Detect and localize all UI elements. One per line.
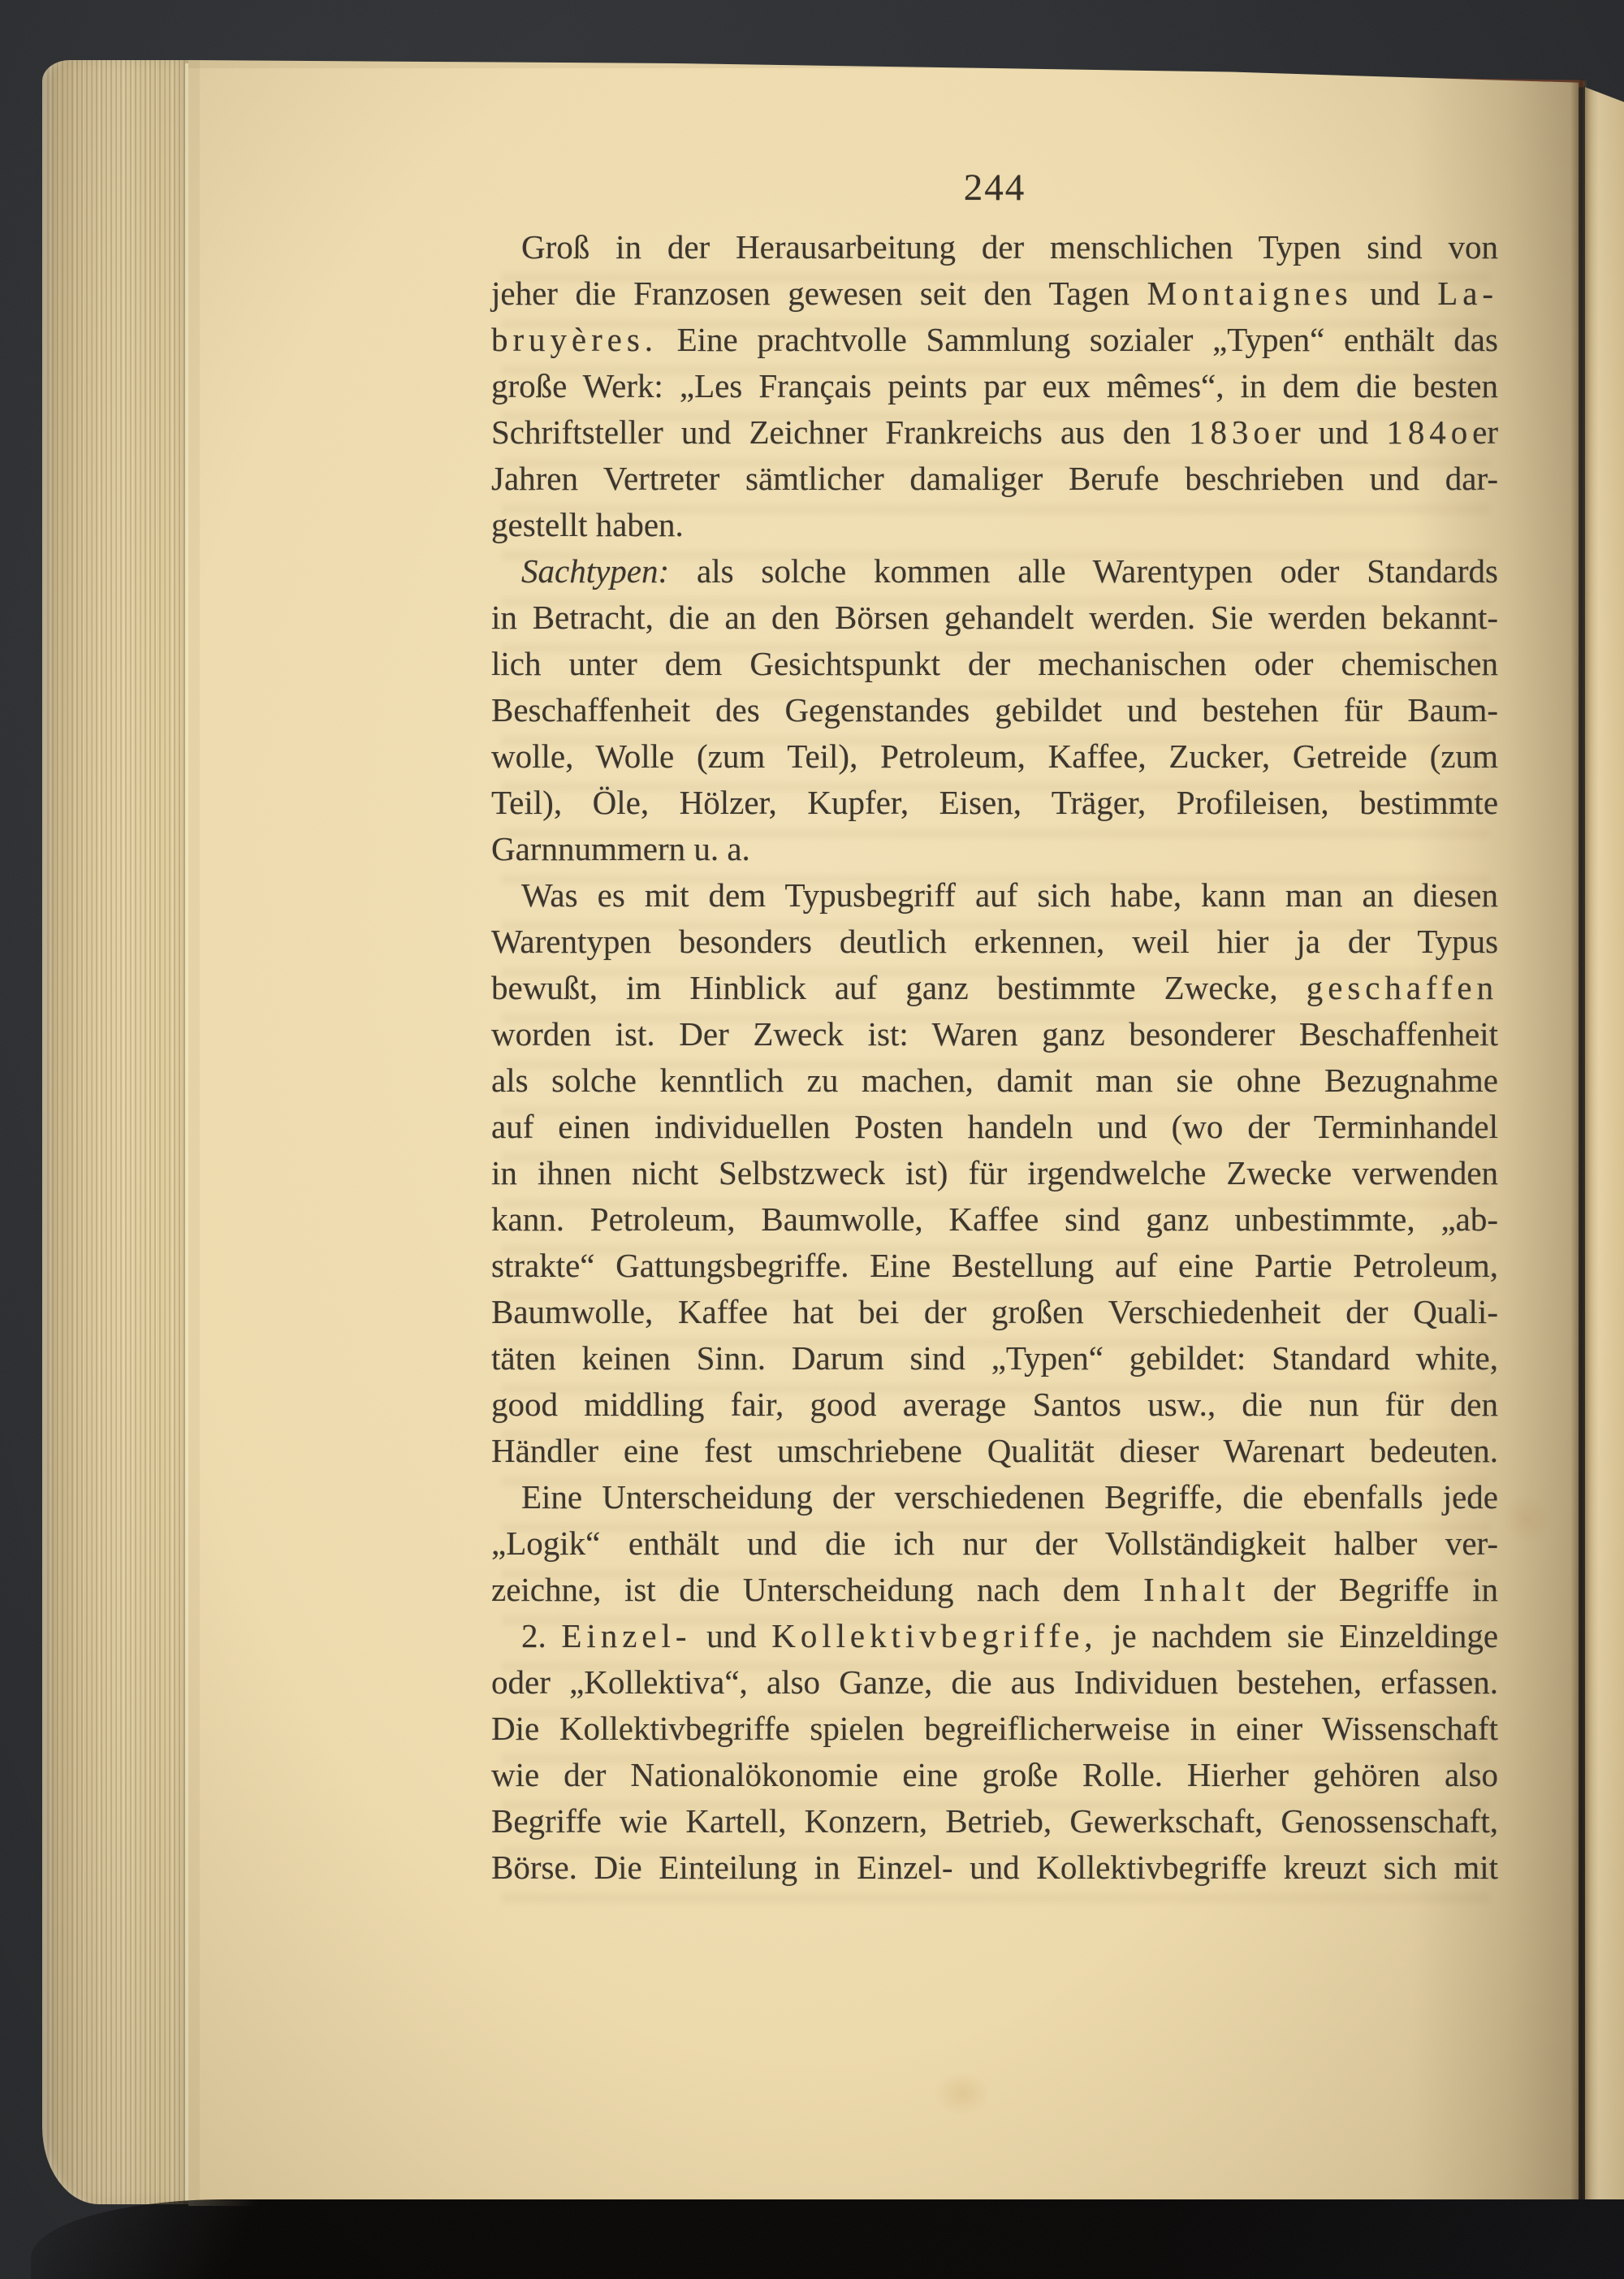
text-block: Groß in der Herausarbeitung der menschli… [491, 224, 1498, 1891]
text-line: wolle, Wolle (zum Teil), Petroleum, Kaff… [491, 733, 1498, 780]
text-line: bruyères. Eine prachtvolle Sammlung sozi… [491, 317, 1498, 363]
text-line: auf einen individuellen Posten handeln u… [491, 1104, 1498, 1150]
paragraph: Sachtypen: als solche kommen alle Warent… [491, 548, 1498, 872]
text-line: Schriftsteller und Zeichner Frankreichs … [491, 409, 1498, 456]
text-line: good middling fair, good average Santos … [491, 1382, 1498, 1428]
page-bottom-shadow [31, 2199, 1624, 2279]
text-line: Groß in der Herausarbeitung der menschli… [491, 224, 1498, 270]
text-line: oder „Kollektiva“, also Ganze, die aus I… [491, 1659, 1498, 1706]
text-line: 2. Einzel- und Kollektivbegriffe, je nac… [491, 1613, 1498, 1659]
text-line: kann. Petroleum, Baumwolle, Kaffee sind … [491, 1196, 1498, 1243]
text-line: Baumwolle, Kaffee hat bei der großen Ver… [491, 1289, 1498, 1335]
text-line: Was es mit dem Typusbegriff auf sich hab… [491, 872, 1498, 919]
text-line: Händler eine fest umschriebene Qualität … [491, 1428, 1498, 1474]
text-line: zeichne, ist die Unterscheidung nach dem… [491, 1567, 1498, 1613]
text-line: Beschaffenheit des Gegenstandes gebildet… [491, 687, 1498, 733]
scanned-book-photo: 244 Groß in der Herausarbeitung der mens… [0, 0, 1624, 2279]
text-line: gestellt haben. [491, 502, 1498, 548]
text-line: Garnnummern u. a. [491, 826, 1498, 872]
text-line: strakte“ Gattungsbegriffe. Eine Bestellu… [491, 1243, 1498, 1289]
paragraph: 2. Einzel- und Kollektivbegriffe, je nac… [491, 1613, 1498, 1891]
text-line: Börse. Die Einteilung in Einzel- und Kol… [491, 1844, 1498, 1891]
text-line: „Logik“ enthält und die ich nur der Voll… [491, 1520, 1498, 1567]
text-line: Jahren Vertreter sämtlicher damaliger Be… [491, 456, 1498, 502]
text-line: Begriffe wie Kartell, Konzern, Betrieb, … [491, 1798, 1498, 1844]
text-line: Die Kollektivbegriffe spielen begreiflic… [491, 1706, 1498, 1752]
page-number: 244 [491, 165, 1498, 211]
text-line: wie der Nationalökonomie eine große Roll… [491, 1752, 1498, 1798]
paragraph: Eine Unterscheidung der verschiedenen Be… [491, 1474, 1498, 1613]
facing-page-edge [1585, 83, 1624, 2211]
text-line: Sachtypen: als solche kommen alle Warent… [491, 548, 1498, 595]
text-line: worden ist. Der Zweck ist: Waren ganz be… [491, 1011, 1498, 1057]
text-line: als solche kenntlich zu machen, damit ma… [491, 1057, 1498, 1104]
text-line: in Betracht, die an den Börsen gehandelt… [491, 595, 1498, 641]
text-line: Teil), Öle, Hölzer, Kupfer, Eisen, Träge… [491, 780, 1498, 826]
page-edge-stack [42, 60, 190, 2204]
text-line: Warentypen besonders deutlich erkennen, … [491, 919, 1498, 965]
text-line: bewußt, im Hinblick auf ganz bestimmte Z… [491, 965, 1498, 1011]
text-line: in ihnen nicht Selbstzweck ist) für irge… [491, 1150, 1498, 1196]
paragraph: Was es mit dem Typusbegriff auf sich hab… [491, 872, 1498, 1474]
text-line: Eine Unterscheidung der verschiedenen Be… [491, 1474, 1498, 1520]
text-line: lich unter dem Gesichtspunkt der mechani… [491, 641, 1498, 687]
text-line: große Werk: „Les Français peints par eux… [491, 363, 1498, 409]
text-line: täten keinen Sinn. Darum sind „Typen“ ge… [491, 1335, 1498, 1382]
gutter-crease [1570, 80, 1587, 2208]
paragraph: Groß in der Herausarbeitung der menschli… [491, 224, 1498, 548]
text-line: jeher die Franzosen gewesen seit den Tag… [491, 270, 1498, 317]
